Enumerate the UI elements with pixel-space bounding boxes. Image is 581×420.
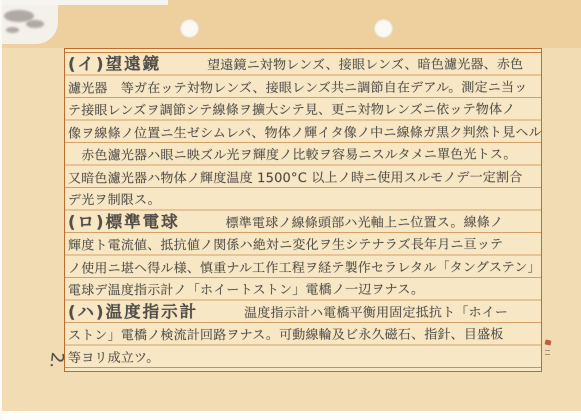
manuscript-line: ノ使用ニ堪ヘ得ル様、慎重ナル工作工程ヲ経テ製作セラレタル「タングステン」: [68, 255, 541, 279]
manuscript-line: (ハ)温度指示計温度指示計ハ電橋平衡用固定抵抗ト「ホイー: [68, 300, 508, 324]
ink-mark: [545, 339, 552, 345]
section-heading-temperature-indicator: (ハ)温度指示計: [68, 302, 198, 321]
section-heading-standard-lamp: (ロ)標準電球: [68, 212, 180, 231]
section-heading-telescope: (イ)望遠鏡: [68, 54, 161, 73]
line-text: ノ使用ニ堪ヘ得ル様、慎重ナル工作工程ヲ経テ製作セラレタル「タングステン」: [68, 260, 541, 276]
manuscript-line: (ロ)標準電球標準電球ノ線條頭部ハ光軸上ニ位置ス。線條ノ: [68, 210, 503, 234]
punch-hole-left: [180, 19, 199, 38]
line-text: 温度指示計ハ電橋平衡用固定抵抗ト「ホイー: [244, 305, 508, 321]
manuscript-line: デ光ヲ制限ス。: [68, 188, 161, 211]
line-text: デ光ヲ制限ス。: [68, 193, 161, 208]
manuscript-line: 又暗色濾光器ハ物体ノ輝度温度 1500°C 以上ノ時ニ使用スルモノデ一定割合: [68, 165, 522, 189]
manuscript-line: 電球デ温度指示計ノ「ホイートストン」電橋ノ一辺ヲナス。: [68, 278, 424, 301]
ruled-frame: (イ)望遠鏡望遠鏡ニ対物レンズ、接眼レンズ、暗色濾光器、赤色 濾光器 等ガ在ッテ…: [64, 48, 542, 372]
manuscript-line: 等ヨリ成立ツ。: [68, 345, 160, 368]
manuscript-line: (イ)望遠鏡望遠鏡ニ対物レンズ、接眼レンズ、暗色濾光器、赤色: [68, 52, 523, 76]
manuscript-line: テ接眼レンズヲ調節シテ線條ヲ擴大シテ見、更ニ対物レンズニ依ッテ物体ノ: [68, 97, 515, 121]
line-text: 望遠鏡ニ対物レンズ、接眼レンズ、暗色濾光器、赤色: [207, 57, 523, 73]
punch-hole-right: [374, 19, 393, 38]
scan-edge-top: [0, 0, 168, 5]
line-text: 濾光器 等ガ在ッテ対物レンズ、接眼レンズ共ニ調節自在デアル。測定ニ当ッ: [68, 80, 527, 96]
line-text: 像ヲ線條ノ位置ニ生ゼシムレバ、物体ノ輝イタ像ノ中ニ線條ガ黒ク判然ト見ヘル: [68, 125, 542, 141]
margin-page-number: 2.: [43, 351, 67, 375]
paper-top-band: [0, 0, 581, 48]
manuscript-line: 濾光器 等ガ在ッテ対物レンズ、接眼レンズ共ニ調節自在デアル。測定ニ当ッ: [68, 75, 527, 99]
scan-edge-bottom: [0, 411, 581, 420]
line-text: 赤色濾光器ハ眼ニ映ズル光ヲ輝度ノ比較ヲ容易ニスルタメニ單色光トス。: [68, 147, 517, 163]
manuscript-line: 輝度ト電流値、抵抗値ノ関係ハ絶対ニ変化ヲ生シテナラズ長年月ニ亘ッテ: [68, 232, 503, 256]
line-text: ストン」電橋ノ検流計回路ヲナス。可動線輪及ビ永久磁石、指針、目盛板: [68, 327, 504, 343]
line-text: 電球デ温度指示計ノ「ホイートストン」電橋ノ一辺ヲナス。: [68, 283, 424, 299]
line-text: 輝度ト電流値、抵抗値ノ関係ハ絶対ニ変化ヲ生シテナラズ長年月ニ亘ッテ: [68, 237, 503, 253]
manuscript-line: 像ヲ線條ノ位置ニ生ゼシムレバ、物体ノ輝イタ像ノ中ニ線條ガ黒ク判然ト見ヘル: [68, 120, 542, 144]
scan-edge-left: [0, 0, 2, 420]
photocopy-smudge: [0, 0, 58, 44]
line-text: 又暗色濾光器ハ物体ノ輝度温度 1500°C 以上ノ時ニ使用スルモノデ一定割合: [68, 170, 522, 186]
line-text: テ接眼レンズヲ調節シテ線條ヲ擴大シテ見、更ニ対物レンズニ依ッテ物体ノ: [68, 102, 515, 118]
line-text: 標準電球ノ線條頭部ハ光軸上ニ位置ス。線條ノ: [226, 215, 504, 231]
pencil-mark: [545, 350, 550, 355]
manuscript-line: 赤色濾光器ハ眼ニ映ズル光ヲ輝度ノ比較ヲ容易ニスルタメニ單色光トス。: [68, 142, 517, 166]
manuscript-line: ストン」電橋ノ検流計回路ヲナス。可動線輪及ビ永久磁石、指針、目盛板: [68, 322, 504, 346]
line-text: 等ヨリ成立ツ。: [68, 350, 160, 365]
